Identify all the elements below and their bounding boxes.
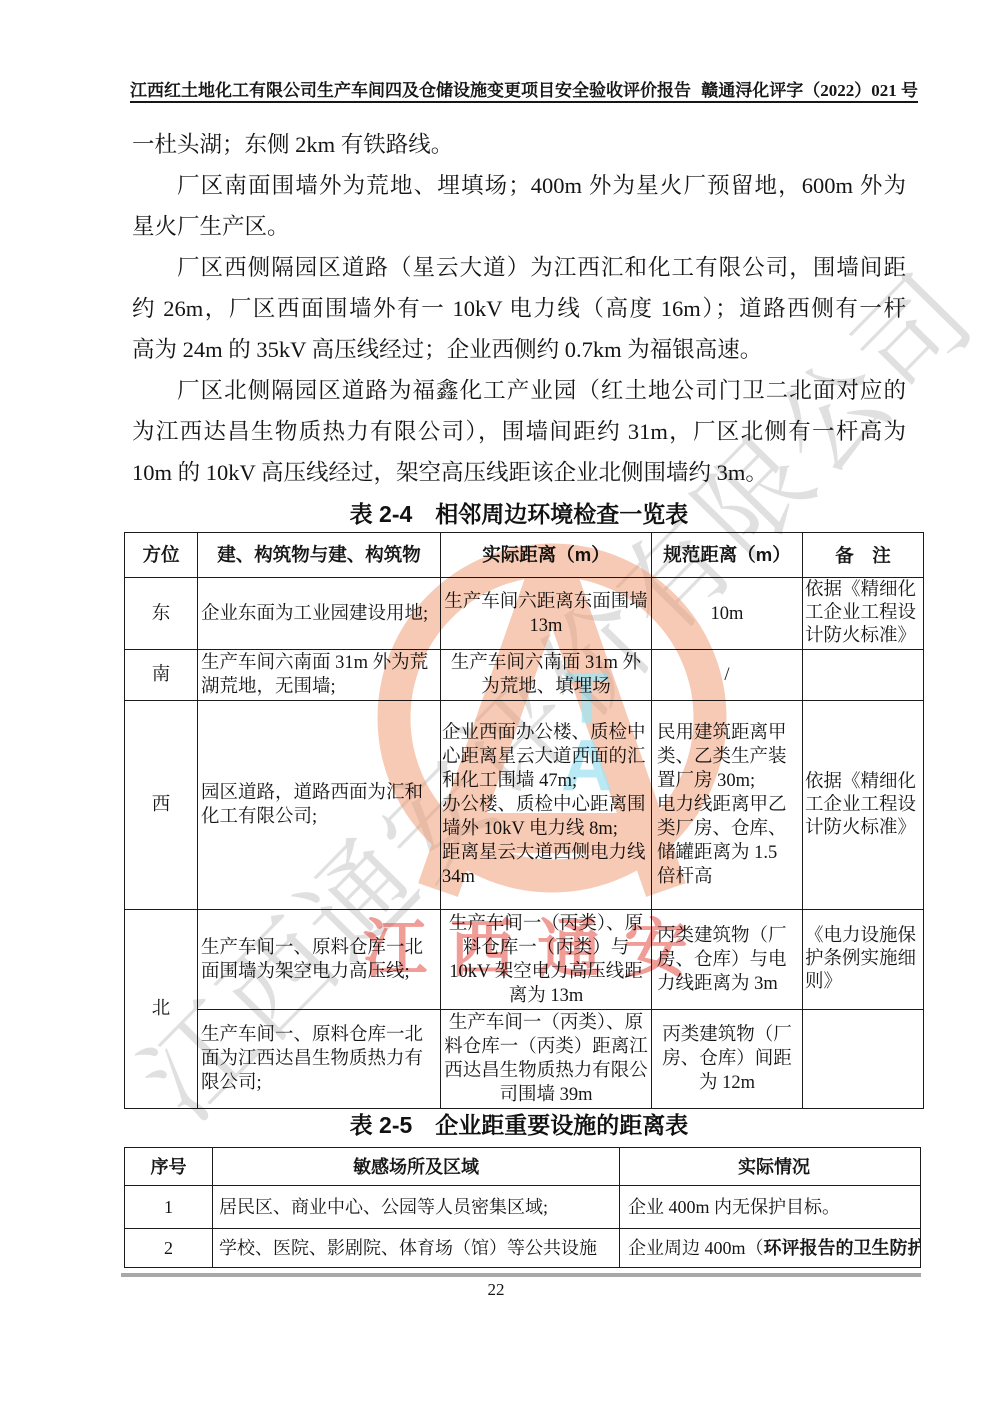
cell-remark — [803, 650, 924, 701]
table-2-4: 方位 建、构筑物与建、构筑物 实际距离（m） 规范距离（m） 备 注 东 企业东… — [124, 532, 924, 1109]
cell-remark — [803, 1010, 924, 1109]
table-row: 东 企业东面为工业园建设用地; 生产车间六距离东面围墙 13m 10m 依据《精… — [125, 578, 924, 650]
col-header-actual-situation: 实际情况 — [620, 1148, 921, 1186]
cell-direction: 南 — [125, 650, 198, 701]
cell-text-bold: 环评报告的卫生防护 — [764, 1238, 921, 1258]
cell-structures: 企业东面为工业园建设用地; — [198, 578, 441, 650]
table-row: 西 园区道路，道路西面为汇和化工有限公司; 企业西面办公楼、质检中心距离星云大道… — [125, 701, 924, 910]
cell-direction: 东 — [125, 578, 198, 650]
table-row: 2 学校、医院、影剧院、体育场（馆）等公共设施 企业周边 400m（环评报告的卫… — [125, 1229, 921, 1268]
table-row: 序号 敏感场所及区域 实际情况 — [125, 1148, 921, 1186]
col-header-direction: 方位 — [125, 533, 198, 578]
cell-actual-distance: 生产车间一（丙类）、原料仓库一（丙类）与 10kV 架空电力高压线距离为 13m — [441, 910, 652, 1010]
cell-actual-distance: 生产车间六距离东面围墙 13m — [441, 578, 652, 650]
cell-direction: 西 — [125, 701, 198, 910]
body-line: 星火厂生产区。 — [132, 206, 906, 247]
cell-index: 2 — [125, 1229, 213, 1268]
cell-remark: 《电力设施保护条例实施细则》 — [803, 910, 924, 1010]
cell-standard-distance: 丙类建筑物（厂房、仓库）与电力线距离为 3m — [652, 910, 803, 1010]
cell-actual-distance: 企业西面办公楼、质检中心距离星云大道西面的汇和化工围墙 47m; 办公楼、质检中… — [441, 701, 652, 910]
cell-actual-distance: 生产车间六南面 31m 外为荒地、填埋场 — [441, 650, 652, 701]
cell-standard-distance: / — [652, 650, 803, 701]
body-text: 一杜头湖；东侧 2km 有铁路线。 厂区南面围墙外为荒地、埋填场；400m 外为… — [132, 124, 906, 493]
cell-sensitive-area: 居民区、商业中心、公园等人员密集区域; — [213, 1186, 620, 1229]
header-doc-number: 赣通浔化评字（2022）021 号 — [701, 76, 918, 101]
cell-structures: 生产车间一、原料仓库一北面围墙为架空电力高压线; — [198, 910, 441, 1010]
cell-text-normal: 企业周边 400m（ — [628, 1238, 764, 1258]
body-line: 10m 的 10kV 高压线经过，架空高压线距该企业北侧围墙约 3m。 — [132, 452, 906, 493]
body-line: 一杜头湖；东侧 2km 有铁路线。 — [132, 124, 906, 165]
cell-actual-situation: 企业周边 400m（环评报告的卫生防护 — [620, 1229, 921, 1268]
col-header-sensitive-area: 敏感场所及区域 — [213, 1148, 620, 1186]
col-header-actual-distance: 实际距离（m） — [441, 533, 652, 578]
document-page: 江西红土地化工有限公司生产车间四及仓储设施变更项目安全验收评价报告 赣通浔化评字… — [0, 0, 992, 1403]
cell-structures: 生产车间一、原料仓库一北面为江西达昌生物质热力有限公司; — [198, 1010, 441, 1109]
table-row: 生产车间一、原料仓库一北面为江西达昌生物质热力有限公司; 生产车间一（丙类）、原… — [125, 1010, 924, 1109]
cell-structures: 生产车间六南面 31m 外为荒湖荒地，无围墙; — [198, 650, 441, 701]
table-2-5: 序号 敏感场所及区域 实际情况 1 居民区、商业中心、公园等人员密集区域; 企业… — [124, 1147, 921, 1268]
cell-remark: 依据《精细化工企业工程设计防火标准》 — [803, 578, 924, 650]
col-header-remark: 备 注 — [803, 533, 924, 578]
header-report-title: 江西红土地化工有限公司生产车间四及仓储设施变更项目安全验收评价报告 — [130, 76, 691, 101]
cell-sensitive-area: 学校、医院、影剧院、体育场（馆）等公共设施 — [213, 1229, 620, 1268]
body-line: 为江西达昌生物质热力有限公司），围墙间距约 31m，厂区北侧有一杆高为 — [132, 411, 906, 452]
table-2-4-title: 表 2-4 相邻周边环境检查一览表 — [132, 496, 906, 529]
cell-structures: 园区道路，道路西面为汇和化工有限公司; — [198, 701, 441, 910]
table-row: 方位 建、构筑物与建、构筑物 实际距离（m） 规范距离（m） 备 注 — [125, 533, 924, 578]
body-line: 高为 24m 的 35kV 高压线经过；企业西侧约 0.7km 为福银高速。 — [132, 329, 906, 370]
body-line: 约 26m，厂区西面围墙外有一 10kV 电力线（高度 16m）；道路西侧有一杆 — [132, 288, 906, 329]
table-row: 北 生产车间一、原料仓库一北面围墙为架空电力高压线; 生产车间一（丙类）、原料仓… — [125, 910, 924, 1010]
col-header-standard-distance: 规范距离（m） — [652, 533, 803, 578]
table-row: 南 生产车间六南面 31m 外为荒湖荒地，无围墙; 生产车间六南面 31m 外为… — [125, 650, 924, 701]
header-rule — [130, 101, 918, 103]
page-number: 22 — [0, 1280, 992, 1300]
col-header-index: 序号 — [125, 1148, 213, 1186]
cell-actual-distance: 生产车间一（丙类）、原料仓库一（丙类）距离江西达昌生物质热力有限公司围墙 39m — [441, 1010, 652, 1109]
cell-actual-situation: 企业 400m 内无保护目标。 — [620, 1186, 921, 1229]
cell-index: 1 — [125, 1186, 213, 1229]
page-header: 江西红土地化工有限公司生产车间四及仓储设施变更项目安全验收评价报告 赣通浔化评字… — [130, 76, 918, 101]
footer-rule — [121, 1273, 921, 1277]
body-line: 厂区北侧隔园区道路为福鑫化工产业园（红土地公司门卫二北面对应的 — [132, 370, 906, 411]
body-line: 厂区南面围墙外为荒地、埋填场；400m 外为星火厂预留地，600m 外为 — [132, 165, 906, 206]
cell-standard-distance: 10m — [652, 578, 803, 650]
cell-standard-distance: 丙类建筑物（厂房、仓库）间距为 12m — [652, 1010, 803, 1109]
cell-standard-distance: 民用建筑距离甲类、乙类生产装置厂房 30m; 电力线距离甲乙类厂房、仓库、储罐距… — [652, 701, 803, 910]
col-header-structures: 建、构筑物与建、构筑物 — [198, 533, 441, 578]
body-line: 厂区西侧隔园区道路（星云大道）为江西汇和化工有限公司，围墙间距 — [132, 247, 906, 288]
table-2-5-title: 表 2-5 企业距重要设施的距离表 — [132, 1107, 906, 1140]
cell-remark: 依据《精细化工企业工程设计防火标准》 — [803, 701, 924, 910]
table-row: 1 居民区、商业中心、公园等人员密集区域; 企业 400m 内无保护目标。 — [125, 1186, 921, 1229]
cell-direction: 北 — [125, 910, 198, 1109]
